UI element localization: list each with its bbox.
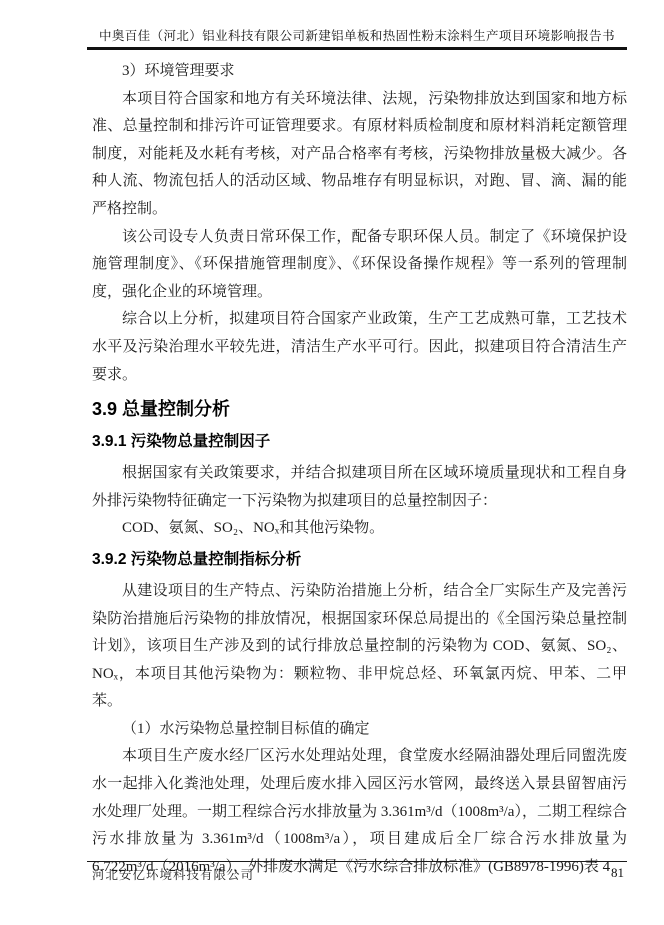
header-double-rule <box>87 47 627 50</box>
paragraph: 3）环境管理要求 <box>92 58 627 86</box>
page-header-title: 中奥百佳（河北）铝业科技有限公司新建铝单板和热固性粉末涂料生产项目环境影响报告书 <box>87 26 627 44</box>
paragraph: 本项目符合国家和地方有关环境法律、法规，污染物排放达到国家和地方标准、总量控制和… <box>92 86 627 224</box>
paragraph: （1）水污染物总量控制目标值的确定 <box>92 716 627 744</box>
subsection-heading: 3.9.2 污染物总量控制指标分析 <box>92 549 627 570</box>
document-page: 中奥百佳（河北）铝业科技有限公司新建铝单板和热固性粉末涂料生产项目环境影响报告书… <box>0 0 664 925</box>
page-footer: 河北安亿环境科技有限公司 81 <box>92 865 624 883</box>
paragraph: 从建设项目的生产特点、污染防治措施上分析，结合全厂实际生产及完善污染防治措施后污… <box>92 578 627 716</box>
section-heading: 3.9 总量控制分析 <box>92 397 627 421</box>
subsection-heading: 3.9.1 污染物总量控制因子 <box>92 431 627 452</box>
footer-page-number: 81 <box>611 865 624 881</box>
document-body: 3）环境管理要求本项目符合国家和地方有关环境法律、法规，污染物排放达到国家和地方… <box>92 58 627 881</box>
paragraph: 综合以上分析，拟建项目符合国家产业政策，生产工艺成熟可靠，工艺技术水平及污染治理… <box>92 306 627 389</box>
paragraph: 该公司设专人负责日常环保工作，配备专职环保人员。制定了《环境保护设施管理制度》、… <box>92 224 627 307</box>
footer-rule <box>87 861 627 862</box>
paragraph: 根据国家有关政策要求，并结合拟建项目所在区域环境质量现状和工程自身外排污染物特征… <box>92 460 627 515</box>
paragraph: COD、氨氮、SO₂、NOₓ和其他污染物。 <box>92 515 627 543</box>
footer-company-name: 河北安亿环境科技有限公司 <box>92 865 254 883</box>
